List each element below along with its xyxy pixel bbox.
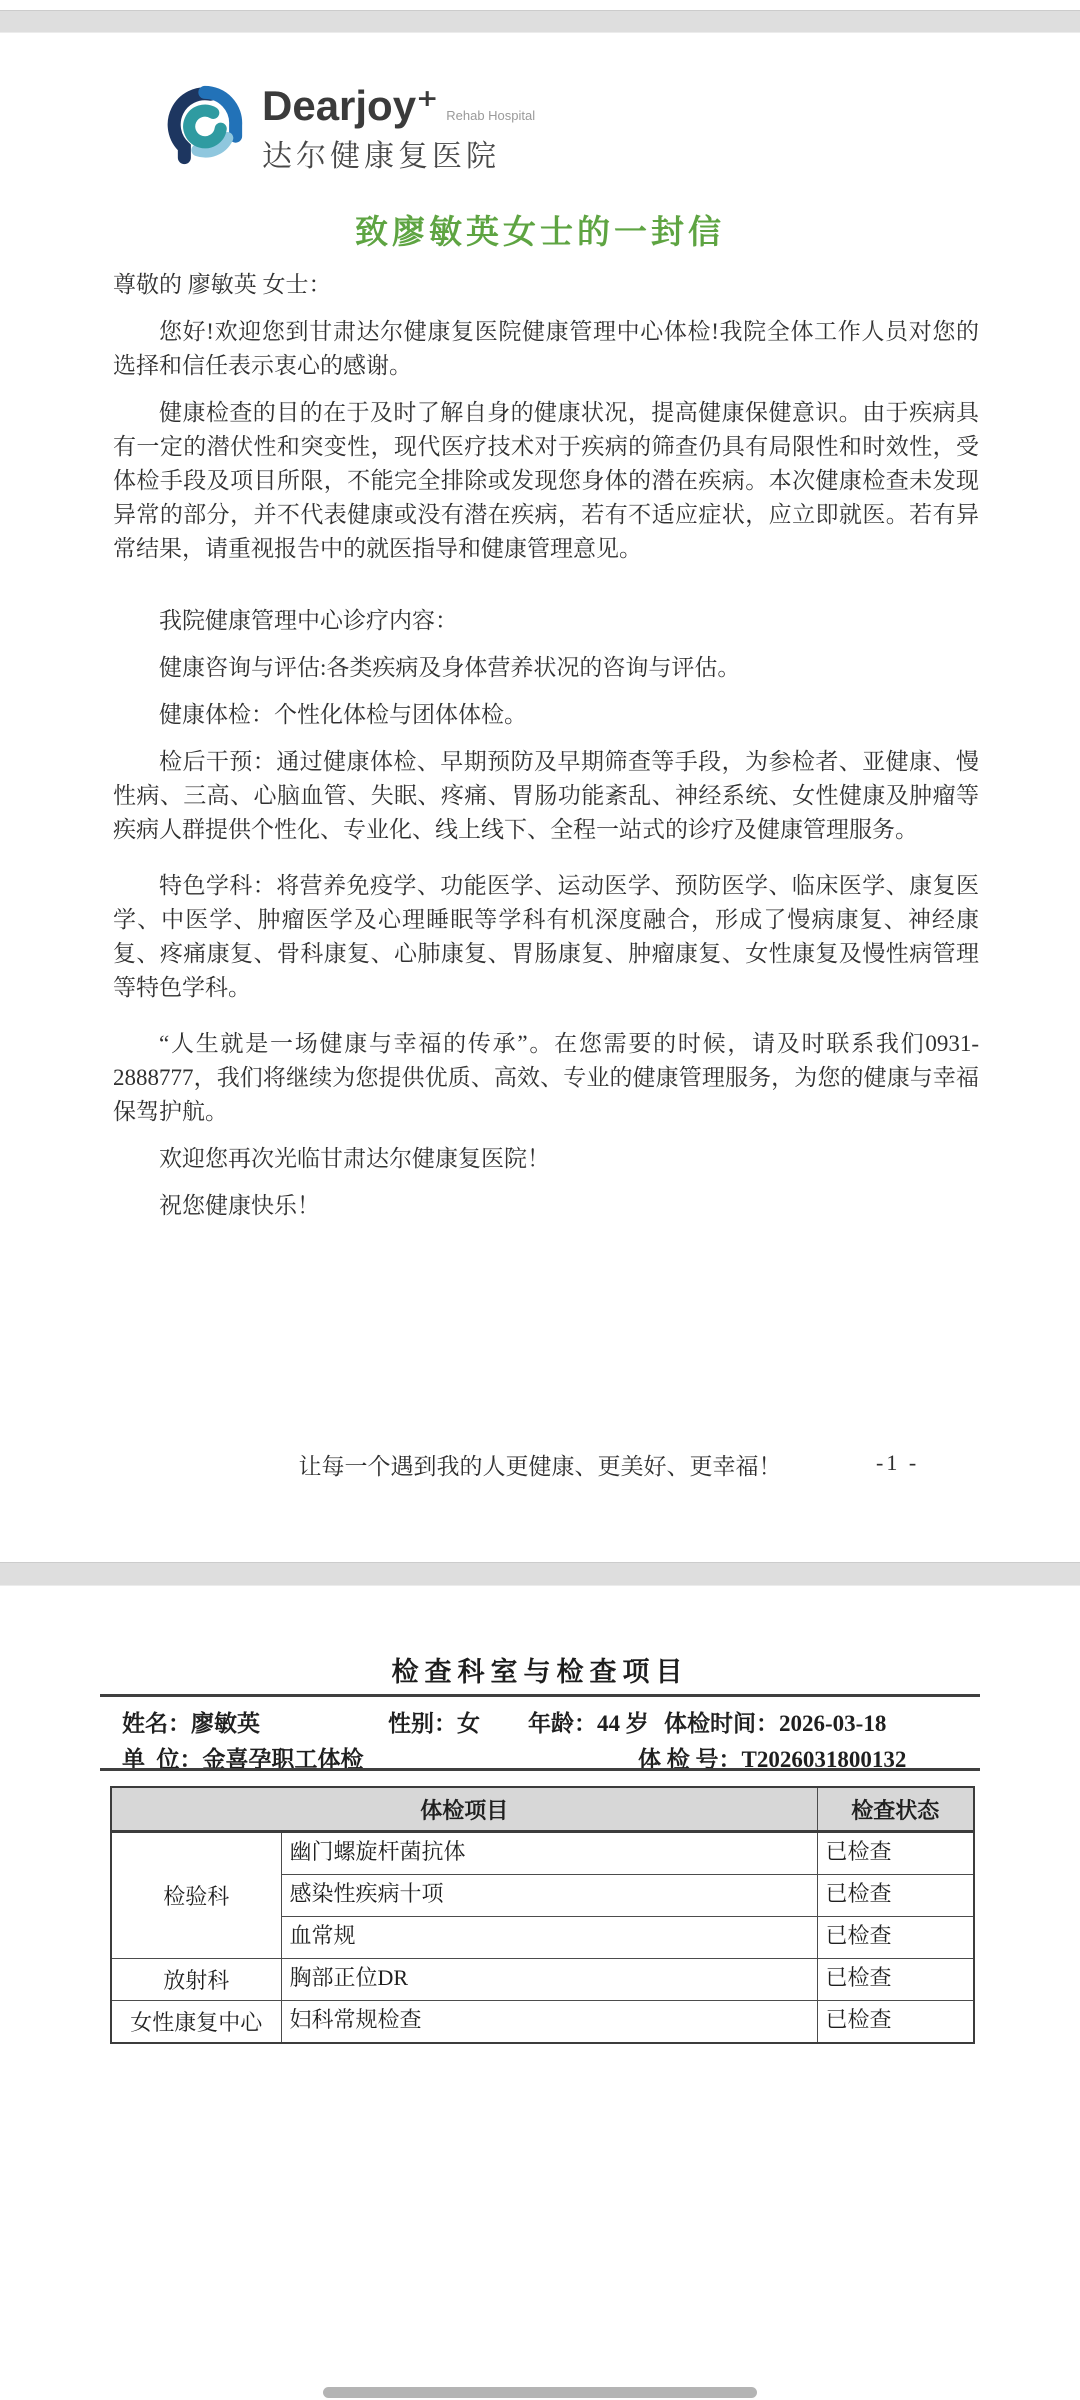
letter-paragraph: 我院健康管理中心诊疗内容： bbox=[113, 604, 979, 638]
letter-paragraph: 健康体检：个性化体检与团体体检。 bbox=[113, 698, 979, 732]
screenshot-root: { "colors": { "title_green": "#5ea442", … bbox=[0, 0, 1080, 2400]
exam-status-cell: 已检查 bbox=[817, 1959, 974, 2001]
brand-name-chinese: 达尔健康复医院 bbox=[262, 131, 535, 175]
letter-paragraph: 祝您健康快乐！ bbox=[113, 1189, 979, 1223]
exam-status-cell: 已检查 bbox=[817, 1832, 974, 1875]
page-footer: 让每一个遇到我的人更健康、更美好、更幸福！ -1 - bbox=[0, 1448, 1080, 1482]
patient-gender-label: 性别： bbox=[388, 1711, 457, 1736]
patient-age-value: 44 岁 bbox=[597, 1711, 649, 1736]
exam-item-cell: 胸部正位DR bbox=[281, 1959, 817, 2001]
exam-time-field: 体检时间：2026-03-18 bbox=[664, 1705, 886, 1738]
page-separator-mid bbox=[0, 1562, 1080, 1586]
patient-name-field: 姓名：廖敏英 bbox=[122, 1705, 260, 1738]
exam-item-cell: 妇科常规检查 bbox=[281, 2001, 817, 2044]
letter-paragraph: 健康咨询与评估:各类疾病及身体营养状况的咨询与评估。 bbox=[113, 651, 979, 685]
patient-age-field: 年龄：44 岁 bbox=[528, 1705, 649, 1738]
brand-name: Dearjoy⁺ bbox=[262, 84, 438, 128]
exam-status-cell: 已检查 bbox=[817, 2001, 974, 2044]
exam-table-body: 检验科幽门螺旋杆菌抗体已检查感染性疾病十项已检查血常规已检查放射科胸部正位DR已… bbox=[111, 1832, 974, 2044]
letter-paragraph: 特色学科：将营养免疫学、功能医学、运动医学、预防医学、临床医学、康复医学、中医学… bbox=[113, 869, 979, 1005]
header-exam-status: 检查状态 bbox=[817, 1787, 974, 1832]
patient-name-label: 姓名： bbox=[122, 1711, 191, 1736]
letter-body: 尊敬的 廖敏英 女士： 您好!欢迎您到甘肃达尔健康复医院健康管理中心体检!我院全… bbox=[113, 268, 979, 1223]
hospital-logo: Dearjoy⁺ Rehab Hospital 达尔健康复医院 bbox=[156, 84, 535, 175]
salutation: 尊敬的 廖敏英 女士： bbox=[113, 268, 979, 302]
table-row: 女性康复中心妇科常规检查已检查 bbox=[111, 2001, 974, 2044]
page-number: -1 - bbox=[876, 1450, 919, 1476]
patient-name-value: 廖敏英 bbox=[191, 1711, 260, 1736]
exam-time-value: 2026-03-18 bbox=[779, 1711, 886, 1736]
home-indicator-bar[interactable] bbox=[323, 2387, 757, 2398]
letter-paragraph: 健康检查的目的在于及时了解自身的健康状况，提高健康保健意识。由于疾病具有一定的潜… bbox=[113, 396, 979, 566]
table-row: 放射科胸部正位DR已检查 bbox=[111, 1959, 974, 2001]
dearjoy-swirl-icon bbox=[156, 84, 250, 166]
table-header-row: 体检项目 检查状态 bbox=[111, 1787, 974, 1832]
exam-status-cell: 已检查 bbox=[817, 1917, 974, 1959]
letter-title: 致廖敏英女士的一封信 bbox=[0, 206, 1080, 253]
exam-time-label: 体检时间： bbox=[664, 1711, 779, 1736]
patient-gender-value: 女 bbox=[457, 1711, 480, 1736]
exam-item-cell: 幽门螺旋杆菌抗体 bbox=[281, 1832, 817, 1875]
patient-gender-field: 性别：女 bbox=[388, 1705, 480, 1738]
exam-section-title: 检查科室与检查项目 bbox=[0, 1650, 1080, 1689]
brand-subtitle: Rehab Hospital bbox=[446, 108, 535, 123]
letter-paragraph: 欢迎您再次光临甘肃达尔健康复医院！ bbox=[113, 1142, 979, 1176]
exam-item-cell: 血常规 bbox=[281, 1917, 817, 1959]
info-rule-bottom bbox=[100, 1768, 980, 1771]
table-row: 检验科幽门螺旋杆菌抗体已检查 bbox=[111, 1832, 974, 1875]
department-cell: 女性康复中心 bbox=[111, 2001, 281, 2044]
info-rule-top bbox=[100, 1694, 980, 1697]
exam-item-cell: 感染性疾病十项 bbox=[281, 1875, 817, 1917]
exam-status-cell: 已检查 bbox=[817, 1875, 974, 1917]
letter-paragraph: 检后干预：通过健康体检、早期预防及早期筛查等手段，为参检者、亚健康、慢性病、三高… bbox=[113, 745, 979, 847]
department-cell: 检验科 bbox=[111, 1832, 281, 1959]
header-exam-item: 体检项目 bbox=[111, 1787, 817, 1832]
letter-paragraph: 您好!欢迎您到甘肃达尔健康复医院健康管理中心体检!我院全体工作人员对您的选择和信… bbox=[113, 315, 979, 383]
department-cell: 放射科 bbox=[111, 1959, 281, 2001]
patient-age-label: 年龄： bbox=[528, 1711, 597, 1736]
exam-items-table: 体检项目 检查状态 检验科幽门螺旋杆菌抗体已检查感染性疾病十项已检查血常规已检查… bbox=[110, 1786, 975, 2044]
letter-paragraph: “人生就是一场健康与幸福的传承”。在您需要的时候，请及时联系我们0931-288… bbox=[113, 1027, 979, 1129]
logo-text: Dearjoy⁺ Rehab Hospital 达尔健康复医院 bbox=[262, 84, 535, 175]
page-separator-top bbox=[0, 10, 1080, 33]
